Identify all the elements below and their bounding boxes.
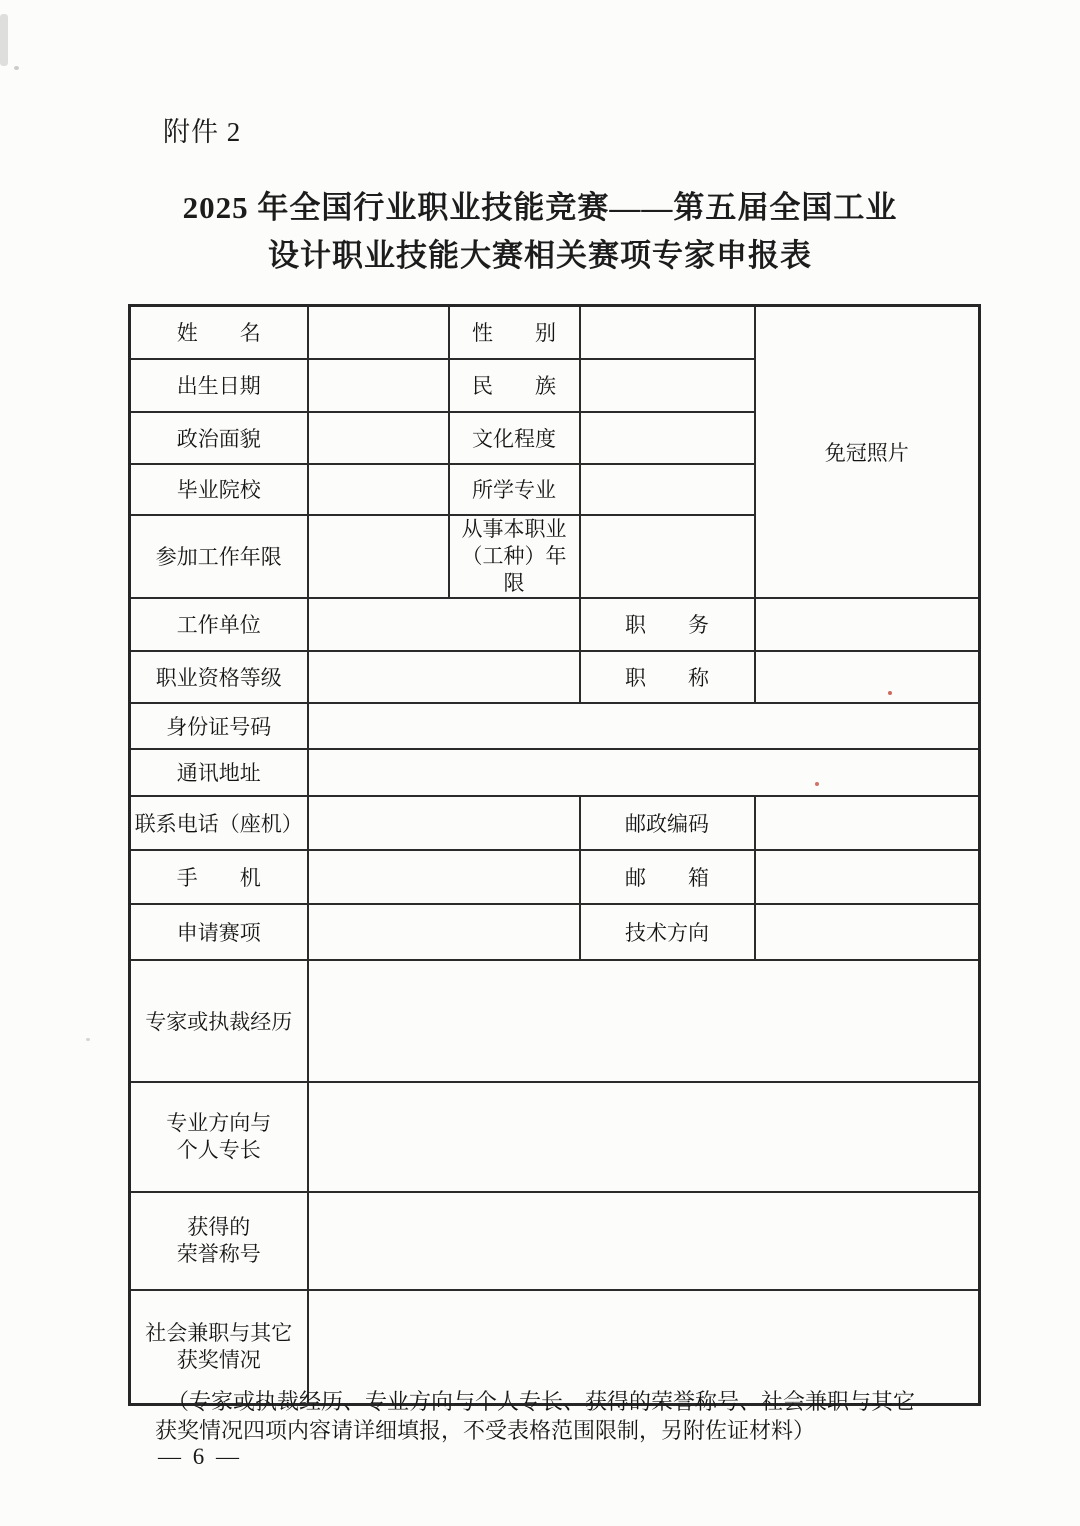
honors-label: 获得的 荣誉称号 [130,1192,308,1290]
email-label: 邮 箱 [580,850,755,904]
specialty-label: 专业方向与 个人专长 [130,1082,308,1192]
gender-value-cell [580,306,755,359]
mobile-value-cell [308,850,580,904]
work-unit-value-cell [308,598,580,651]
scanned-document-page: 附件 2 2025 年全国行业职业技能竞赛——第五届全国工业 设计职业技能大赛相… [0,0,1080,1526]
photo-placeholder: 免冠照片 [755,306,980,598]
birth-date-label: 出生日期 [130,359,308,412]
scan-artifact [14,66,19,70]
address-value-cell [308,749,980,796]
expert-experience-label: 专家或执裁经历 [130,960,308,1082]
work-years-label: 参加工作年限 [130,515,308,598]
specialty-value-cell [308,1082,980,1192]
tech-direction-value-cell [755,904,980,960]
document-title-line1: 2025 年全国行业职业技能竞赛——第五届全国工业 [0,184,1080,232]
occupation-years-label-line1: 从事本职业 [452,516,577,543]
political-status-label: 政治面貌 [130,412,308,464]
address-label: 通讯地址 [130,749,308,796]
id-number-label: 身份证号码 [130,703,308,749]
education-label: 文化程度 [449,412,580,464]
tech-direction-label: 技术方向 [580,904,755,960]
specialty-label-line2: 个人专长 [133,1137,305,1164]
postal-code-label: 邮政编码 [580,796,755,850]
form-footnote-line2: 获奖情况四项内容请详细填报，不受表格范围限制，另附佐证材料） [155,1416,935,1445]
document-title-line2: 设计职业技能大赛相关赛项专家申报表 [0,232,1080,280]
competition-label: 申请赛项 [130,904,308,960]
applicant-form-table: 姓 名 性 别 免冠照片 出生日期 民 族 政治面貌 文化程度 毕业院校 所学专… [128,304,981,1406]
specialty-label-line1: 专业方向与 [133,1110,305,1137]
birth-date-value-cell [308,359,449,412]
document-title: 2025 年全国行业职业技能竞赛——第五届全国工业 设计职业技能大赛相关赛项专家… [0,184,1080,280]
name-label: 姓 名 [130,306,308,359]
postal-code-value-cell [755,796,980,850]
work-unit-label: 工作单位 [130,598,308,651]
major-label: 所学专业 [449,464,580,515]
attachment-label: 附件 2 [163,110,241,149]
landline-value-cell [308,796,580,850]
prof-title-value-cell [755,651,980,703]
qualification-label: 职业资格等级 [130,651,308,703]
scan-artifact [0,14,8,66]
landline-label: 联系电话（座机） [130,796,308,850]
gender-label: 性 别 [449,306,580,359]
mobile-label: 手 机 [130,850,308,904]
education-value-cell [580,412,755,464]
competition-value-cell [308,904,580,960]
school-label: 毕业院校 [130,464,308,515]
form-footnote-line1: （专家或执裁经历、专业方向与个人专长、获得的荣誉称号、社会兼职与其它 [155,1387,935,1416]
honors-value-cell [308,1192,980,1290]
school-value-cell [308,464,449,515]
social-label-line1: 社会兼职与其它 [133,1320,305,1347]
ethnicity-value-cell [580,359,755,412]
major-value-cell [580,464,755,515]
position-label: 职 务 [580,598,755,651]
scan-artifact [86,1038,90,1041]
occupation-years-value-cell [580,515,755,598]
honors-label-line1: 获得的 [133,1214,305,1241]
political-status-value-cell [308,412,449,464]
occupation-years-label: 从事本职业 （工种）年限 [449,515,580,598]
ethnicity-label: 民 族 [449,359,580,412]
email-value-cell [755,850,980,904]
position-value-cell [755,598,980,651]
qualification-value-cell [308,651,580,703]
work-years-value-cell [308,515,449,598]
prof-title-label: 职 称 [580,651,755,703]
page-number: — 6 — [158,1444,242,1470]
occupation-years-label-line2: （工种）年限 [452,543,577,597]
name-value-cell [308,306,449,359]
id-number-value-cell [308,703,980,749]
social-label-line2: 获奖情况 [133,1347,305,1374]
form-footnote: （专家或执裁经历、专业方向与个人专长、获得的荣誉称号、社会兼职与其它 获奖情况四… [155,1387,935,1445]
honors-label-line2: 荣誉称号 [133,1241,305,1268]
expert-experience-value-cell [308,960,980,1082]
